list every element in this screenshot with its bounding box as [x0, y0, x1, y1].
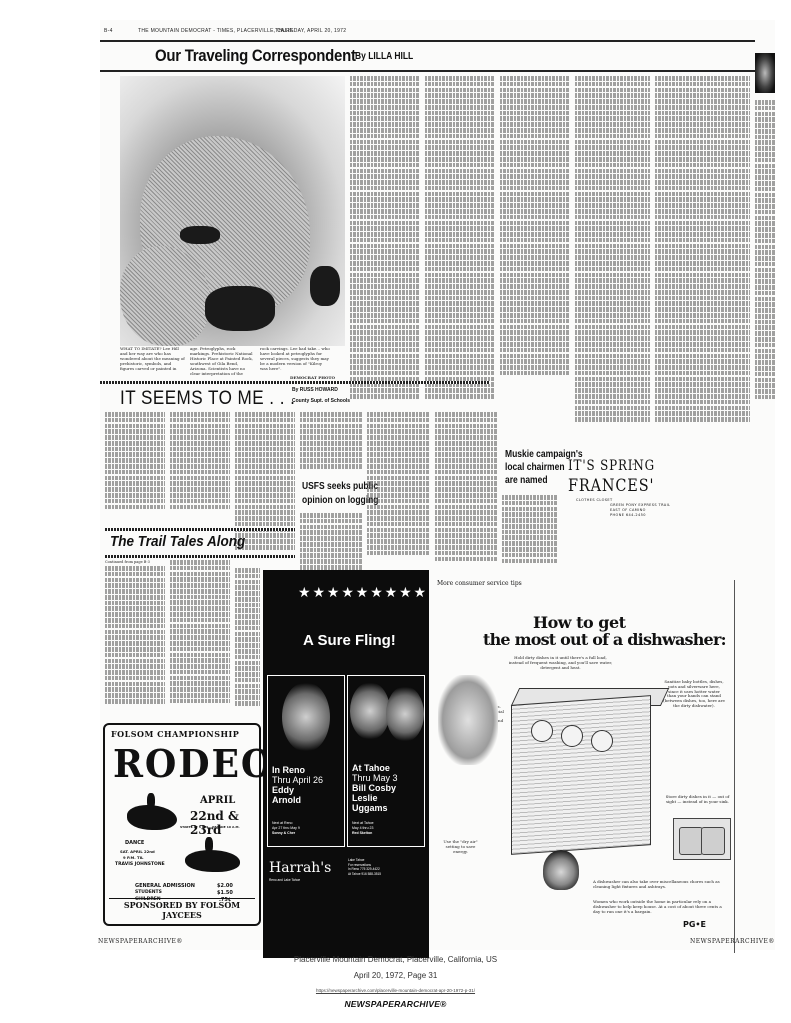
tip-text: Store dirty dishes in it — out of sight …	[665, 795, 730, 805]
petroglyph-photo	[120, 76, 345, 346]
article-column	[350, 76, 420, 421]
general-admission-label: GENERAL ADMISSION	[135, 883, 195, 889]
reno-venue: In Reno	[272, 766, 305, 775]
harrahs-advertisement: ★ ★ ★ ★ ★ ★ ★ ★ ★ A Sure Fling! In Reno …	[263, 570, 429, 958]
seems-column-text	[105, 412, 165, 517]
photo-credit: DEMOCRAT PHOTO	[290, 375, 335, 380]
trail-column-text	[105, 566, 165, 716]
tip-text: Sanitize baby bottles, dishes, pots and …	[663, 680, 725, 709]
reno-performer: Eddy	[272, 786, 294, 795]
dance-title: DANCE	[125, 840, 144, 846]
pge-headline-2: the most out of a dishwasher:	[483, 630, 726, 649]
pge-logo: PG•E	[683, 920, 706, 929]
footer-brand-logo: NEWSPAPERARCHIVE®	[0, 999, 791, 1009]
spring-headline: IT'S SPRING	[568, 458, 655, 474]
store-location: EAST OF CAMINO	[610, 508, 646, 512]
rodeo-advertisement: FOLSOM CHAMPIONSHIP RODEO APRIL 22nd & 2…	[103, 723, 261, 926]
pge-dishwasher-advertisement: More consumer service tips How to get th…	[433, 580, 735, 953]
archive-watermark-left: NEWSPAPERARCHIVE®	[98, 938, 183, 945]
trail-column-text	[170, 560, 230, 718]
harrahs-tagline: A Sure Fling!	[303, 632, 396, 649]
section-rule	[105, 528, 295, 531]
dishwasher-illustration	[511, 695, 651, 855]
photo-caption: age. Petroglyphs, rock markings. Prehist…	[190, 346, 255, 376]
dance-date: SAT. APRIL 22nd	[120, 849, 155, 854]
publication-name: THE MOUNTAIN DEMOCRAT - TIMES, PLACERVIL…	[138, 28, 294, 34]
seems-byline: By RUSS HOWARD	[292, 387, 338, 393]
footer-date-page: April 20, 1972, Page 31	[0, 971, 791, 980]
article-column	[655, 76, 750, 446]
clothes-closet: CLOTHES CLOSET	[576, 498, 613, 502]
page-number: B-4	[104, 28, 113, 34]
dance-band: TRAVIS JOHNSTONE	[115, 862, 165, 867]
tahoe-dates: Thru May 3	[352, 774, 398, 783]
price-students: $1.50	[217, 890, 233, 896]
spring-at: AT	[632, 462, 636, 466]
rodeo-sponsor: SPONSORED BY FOLSOM JAYCEES	[109, 898, 255, 920]
seems-column-title: IT SEEMS TO ME . . .	[120, 388, 295, 410]
tahoe-performer: Leslie	[352, 794, 378, 803]
sink-illustration	[673, 818, 731, 860]
seems-column-text	[170, 412, 230, 517]
reno-next-label: Next at Reno	[272, 821, 292, 826]
reno-next-performer: Sonny & Cher	[272, 831, 295, 836]
tip-text: A dishwasher can also take over miscella…	[593, 880, 723, 890]
rodeo-month: APRIL	[200, 795, 235, 806]
section-rule	[100, 381, 490, 384]
article-column	[575, 76, 650, 446]
reno-dates: Thru April 26	[272, 776, 323, 785]
issue-date: THURSDAY, APRIL 20, 1972	[275, 28, 346, 34]
tip-text: Use the "dry air" setting to save energy…	[438, 840, 483, 854]
top-rule	[100, 40, 755, 42]
performer-photo	[350, 682, 390, 740]
traveling-headline: Our Traveling Correspondent	[155, 46, 356, 66]
muskie-article-text	[502, 495, 557, 570]
tip-text: Women who work outside the home in parti…	[593, 900, 723, 914]
tahoe-next-performer: Red Skelton	[352, 831, 372, 836]
seems-column-text	[300, 412, 362, 474]
traveling-byline: By LILLA HILL	[355, 51, 413, 62]
seems-author-role: County Supt. of Schools	[292, 398, 350, 404]
tip-text: Hold dirty dishes in it until there's a …	[508, 656, 613, 670]
reno-performer: Arnold	[272, 796, 301, 805]
dance-time: 9 P.M. TIL	[123, 855, 143, 860]
article-column	[755, 100, 775, 430]
students-label: STUDENTS	[135, 890, 162, 895]
tahoe-panel: At Tahoe Thru May 3 Bill Cosby Leslie Ug…	[347, 675, 425, 847]
harrahs-logo: Harrah's	[269, 860, 331, 876]
article-column	[435, 412, 497, 572]
footer-url-link[interactable]: https://newspaperarchive.com/placerville…	[0, 988, 791, 993]
reno-panel: In Reno Thru April 26 Eddy Arnold Next a…	[267, 675, 345, 847]
bull-rider-illustration	[185, 850, 240, 872]
performer-photo	[386, 686, 424, 742]
rodeo-championship-title: FOLSOM CHAMPIONSHIP	[111, 729, 239, 739]
rodeo-title: RODEO	[113, 741, 274, 786]
rodeo-dates: 22nd & 23rd	[190, 809, 259, 837]
article-column	[500, 76, 570, 406]
woman-photo	[543, 850, 579, 890]
tahoe-venue: At Tahoe	[352, 764, 390, 773]
trail-column-title: The Trail Tales Along	[110, 533, 245, 550]
headline-rule	[100, 70, 755, 72]
tahoe-next-dates: May 4 thru 23	[352, 826, 373, 831]
article-column	[367, 412, 429, 567]
reno-next-dates: Apr 27 thru May 9	[272, 826, 300, 831]
frances-spring-advertisement: IT'S SPRING AT FRANCES' CLOTHES CLOSET G…	[560, 450, 720, 522]
store-phone: PHONE 644-2450	[610, 513, 646, 517]
performer-photo	[282, 682, 330, 752]
frances-name: FRANCES'	[568, 476, 654, 496]
section-rule	[105, 555, 295, 558]
photo-caption: WHAT TO IMITATE? Lee Hill and her way ar…	[120, 346, 185, 371]
continued-note: Continued from page B-3	[105, 560, 150, 565]
star-icon-arc: ★ ★ ★ ★ ★ ★ ★ ★ ★	[298, 585, 425, 599]
harrahs-logo-sub: Reno and Lake Tahoe	[269, 878, 300, 882]
article-column	[425, 76, 495, 421]
more-consumer-tips: More consumer service tips	[437, 580, 522, 587]
photo-caption: rock carvings. Lee had take... who have …	[260, 346, 330, 371]
archive-watermark-right: NEWSPAPERARCHIVE®	[690, 938, 775, 945]
harrahs-reservation-info: Lake Tahoe For reservations In Reno 775 …	[348, 858, 381, 876]
portrait-photo	[755, 53, 775, 93]
rider-figure	[147, 793, 155, 809]
plate-illustration	[531, 720, 553, 742]
price-general: $2.00	[217, 883, 233, 889]
rodeo-time-note: STARTS AT 1 P.M. - PARADE 10 A.M.	[180, 825, 240, 829]
rider-figure	[205, 837, 213, 853]
footer-publication: Placerville Mountain Democrat, Placervil…	[0, 955, 791, 964]
plate-illustration	[591, 730, 613, 752]
tahoe-next-label: Next at Tahoe	[352, 821, 374, 826]
tahoe-performer: Bill Cosby	[352, 784, 396, 793]
store-address: GREEN PONY EXPRESS TRAIL	[610, 503, 670, 507]
trail-column-text	[235, 568, 260, 718]
plate-illustration	[561, 725, 583, 747]
scrubbing-hand-illustration	[438, 675, 498, 765]
newspaper-page: B-4 THE MOUNTAIN DEMOCRAT - TIMES, PLACE…	[100, 20, 775, 950]
tahoe-performer: Uggams	[352, 804, 388, 813]
